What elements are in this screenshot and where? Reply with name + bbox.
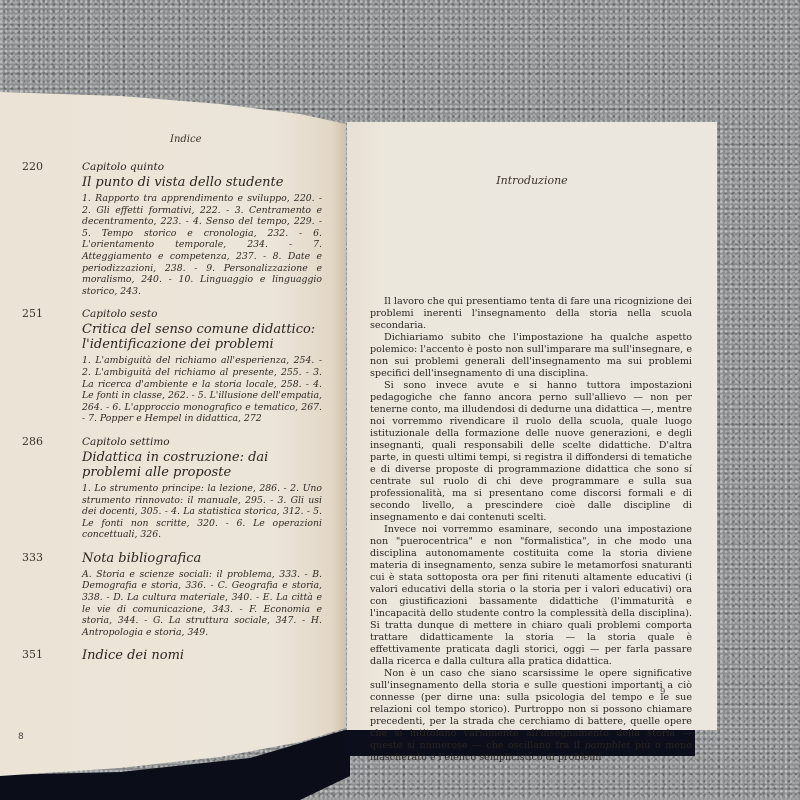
toc-sections: A. Storia e scienze sociali: il problema… bbox=[82, 569, 322, 639]
left-page-index: Indice 220 Capitolo quinto Il punto di v… bbox=[0, 92, 346, 776]
body-text: Il lavoro che qui presentiamo tenta di f… bbox=[370, 296, 692, 764]
paragraph: Non è un caso che siano scarsissime le o… bbox=[370, 668, 692, 764]
toc-chapter-label: Capitolo sesto bbox=[82, 307, 322, 321]
toc-page-number: 220 bbox=[22, 160, 43, 173]
toc-sections: 1. L'ambiguità del richiamo all'esperien… bbox=[82, 355, 322, 425]
toc-entry: 333 Nota bibliografica A. Storia e scien… bbox=[22, 551, 322, 639]
toc-chapter-label: Capitolo settimo bbox=[82, 435, 322, 449]
toc-entry: 286 Capitolo settimo Didattica in costru… bbox=[22, 435, 322, 541]
paragraph: Invece noi vorremmo esaminare, secondo u… bbox=[370, 524, 692, 668]
toc-entry: 351 Indice dei nomi bbox=[22, 648, 322, 663]
page-number: 9 bbox=[660, 687, 665, 697]
toc-entry: 251 Capitolo sesto Critica del senso com… bbox=[22, 307, 322, 425]
table-of-contents: 220 Capitolo quinto Il punto di vista de… bbox=[22, 160, 322, 673]
running-head: Indice bbox=[170, 134, 202, 145]
right-page-introduction: Introduzione Il lavoro che qui presentia… bbox=[347, 122, 717, 730]
paragraph: Si sono invece avute e si hanno tuttora … bbox=[370, 380, 692, 524]
toc-chapter-title: Didattica in costruzione: dai problemi a… bbox=[82, 450, 322, 480]
toc-chapter-title: Il punto di vista dello studente bbox=[82, 175, 322, 190]
toc-chapter-title: Indice dei nomi bbox=[82, 648, 322, 663]
page-number: 8 bbox=[18, 732, 24, 742]
paragraph: Dichiariamo subito che l'impostazione ha… bbox=[370, 332, 692, 380]
toc-page-number: 286 bbox=[22, 435, 43, 448]
toc-chapter-title: Critica del senso comune didattico: l'id… bbox=[82, 322, 322, 352]
toc-page-number: 333 bbox=[22, 551, 43, 564]
toc-entry: 220 Capitolo quinto Il punto di vista de… bbox=[22, 160, 322, 297]
italic-term: pamphlet bbox=[585, 740, 631, 751]
toc-chapter-title: Nota bibliografica bbox=[82, 551, 322, 566]
section-title: Introduzione bbox=[347, 174, 717, 187]
paragraph-text: Non è un caso che siano scarsissime le o… bbox=[370, 668, 692, 751]
toc-sections: 1. Rapporto tra apprendimento e sviluppo… bbox=[82, 193, 322, 297]
toc-page-number: 351 bbox=[22, 648, 43, 661]
paragraph: Il lavoro che qui presentiamo tenta di f… bbox=[370, 296, 692, 332]
toc-page-number: 251 bbox=[22, 307, 43, 320]
toc-chapter-label: Capitolo quinto bbox=[82, 160, 322, 174]
toc-sections: 1. Lo strumento principe: la lezione, 28… bbox=[82, 483, 322, 541]
